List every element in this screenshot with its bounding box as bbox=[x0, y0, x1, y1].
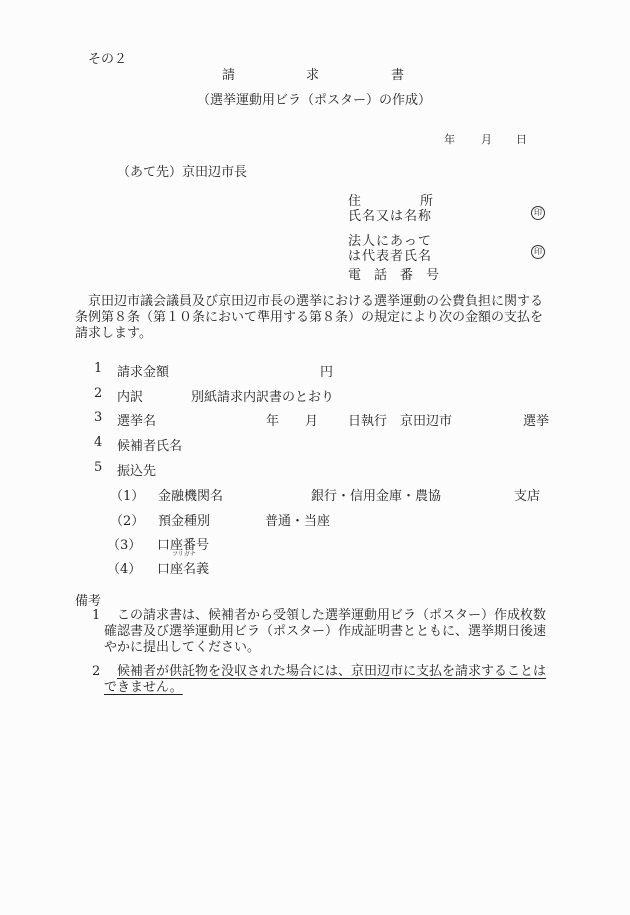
title-char-3: 書 bbox=[391, 64, 404, 83]
body-text: 京田辺市議会議員及び京田辺市長の選挙における選挙運動の公費負担に関する条例第８条… bbox=[75, 294, 545, 342]
date-day: 日 bbox=[516, 131, 527, 147]
corp-label-2: は代表者氏名 bbox=[348, 245, 432, 264]
name-label: 氏名又は名称 bbox=[348, 205, 432, 224]
date-year: 年 bbox=[444, 131, 455, 147]
subtitle: （選挙運動用ビラ（ポスター）の作成） bbox=[197, 89, 431, 108]
title-char-2: 求 bbox=[306, 64, 319, 83]
title-char-1: 請 bbox=[222, 64, 235, 83]
furigana: フリガナ bbox=[172, 549, 196, 558]
note-1-text: この請求書は、候補者から受領した選挙運動用ビラ（ポスター）作成枚数確認書及び選挙… bbox=[91, 608, 552, 656]
phone-label: 電 話 番 号 bbox=[348, 264, 439, 283]
seal-icon: 印 bbox=[531, 245, 545, 259]
form-number: その２ bbox=[88, 48, 127, 67]
date-month: 月 bbox=[481, 131, 492, 147]
notes-heading: 備考 bbox=[75, 590, 101, 609]
addressee: （あて先）京田辺市長 bbox=[117, 161, 247, 180]
seal-icon: 印 bbox=[531, 206, 545, 220]
note-2-text: 候補者が供託物を没収された場合には、京田辺市に支払を請求することはできません。 bbox=[91, 664, 552, 696]
